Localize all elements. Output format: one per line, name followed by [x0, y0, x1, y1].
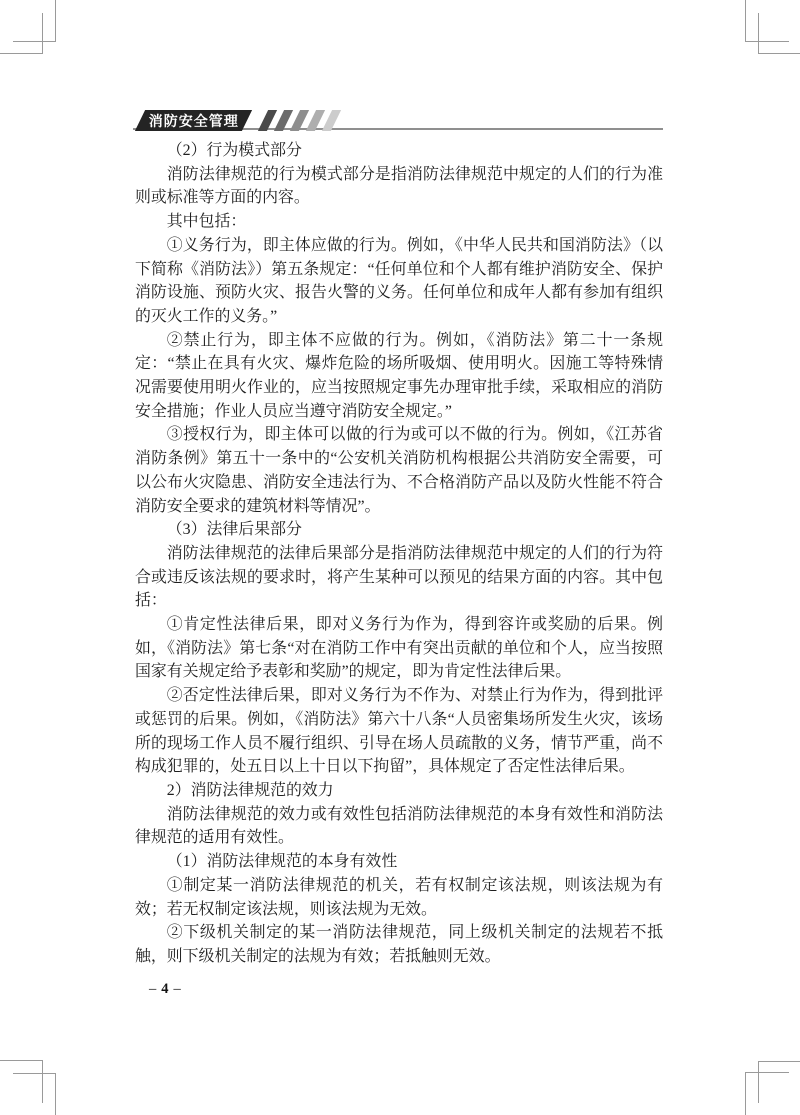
crop-mark-bottom-left-inner — [13, 1073, 56, 1115]
crop-mark-bottom-right-inner — [745, 1072, 789, 1115]
page-footer: –4– — [149, 981, 181, 998]
chapter-banner: 消防安全管理 — [135, 110, 252, 131]
body-paragraph: ②禁止行为，即主体不应做的行为。例如，《消防法》第二十一条规定：“禁止在具有火灾… — [135, 329, 663, 424]
section-heading: 2）消防法律规范的效力 — [135, 779, 663, 803]
section-heading: （1）消防法律规范的本身有效性 — [135, 850, 663, 874]
body-paragraph: 消防法律规范的效力或有效性包括消防法律规范的本身有效性和消防法律规范的适用有效性… — [135, 803, 663, 850]
body-paragraph: ②下级机关制定的某一消防法律规范，同上级机关制定的法规若不抵触，则下级机关制定的… — [135, 921, 663, 968]
chapter-banner-label: 消防安全管理 — [149, 111, 239, 131]
body-paragraph: 其中包括： — [135, 210, 663, 234]
body-paragraph: ①制定某一消防法律规范的机关，若有权制定该法规，则该法规为有效；若无权制定该法规… — [135, 874, 663, 921]
body-paragraph: ③授权行为，即主体可以做的行为或可以不做的行为。例如，《江苏省消防条例》第五十一… — [135, 423, 663, 518]
body-paragraph: ①义务行为，即主体应做的行为。例如，《中华人民共和国消防法》（以下简称《消防法》… — [135, 234, 663, 329]
section-heading: （2）行为模式部分 — [135, 139, 663, 163]
book-page: 消防安全管理 （2）行为模式部分 消防法律规范的行为模式部分是指消防法律规范中规… — [0, 0, 800, 1115]
body-paragraph: 消防法律规范的法律后果部分是指消防法律规范中规定的人们的行为符合或违反该法规的要… — [135, 542, 663, 613]
folio-dash-left: – — [149, 981, 156, 997]
page-number: 4 — [161, 981, 168, 997]
crop-mark-top-right-inner — [758, 13, 800, 54]
folio-dash-right: – — [174, 981, 181, 997]
crop-mark-top-left-inner — [0, 13, 43, 54]
body-paragraph: ②否定性法律后果，即对义务行为不作为、对禁止行为作为，得到批评或惩罚的后果。例如… — [135, 684, 663, 779]
section-heading: （3）法律后果部分 — [135, 518, 663, 542]
page-content: （2）行为模式部分 消防法律规范的行为模式部分是指消防法律规范中规定的人们的行为… — [135, 139, 663, 969]
body-paragraph: ①肯定性法律后果，即对义务行为作为，得到容许或奖励的后果。例如，《消防法》第七条… — [135, 613, 663, 684]
body-paragraph: 消防法律规范的行为模式部分是指消防法律规范中规定的人们的行为准则或标准等方面的内… — [135, 163, 663, 210]
